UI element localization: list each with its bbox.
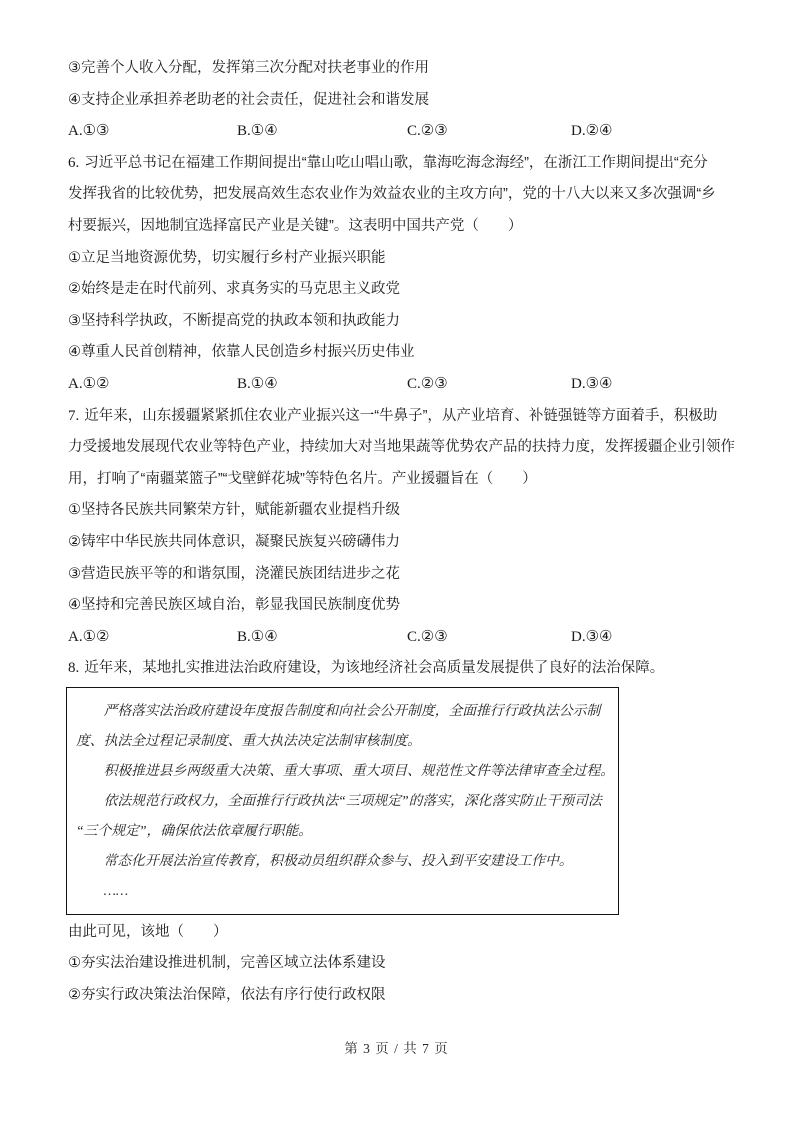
q6-stem-line-1: 6.习近平总书记在福建工作期间提出“靠山吃山唱山歌，靠海吃海念海经”，在浙江工作… — [68, 148, 748, 180]
q5-option-b: B.①④ — [237, 116, 278, 148]
page-footer: 第 3 页 / 共 7 页 — [0, 1037, 793, 1057]
q5-option-a: A.①③ — [68, 116, 109, 148]
q8-item-2: ②夯实行政决策法治保障，依法有序行使行政权限 — [68, 980, 748, 1012]
q8-item-1: ①夯实法治建设推进机制，完善区域立法体系建设 — [68, 948, 748, 980]
q7-item-3: ③营造民族平等的和谐氛围，浇灌民族团结进步之花 — [68, 559, 748, 591]
q5-option-d: D.②④ — [571, 116, 612, 148]
q7-options-row: A.①② B.①④ C.②③ D.③④ — [68, 622, 748, 654]
q7-stem-line-2: 力受援地发展现代农业等特色产业，持续加大对当地果蔬等优势农产品的扶持力度，发挥援… — [68, 432, 748, 464]
q7-item-1: ①坚持各民族共同繁荣方针，赋能新疆农业提档升级 — [68, 495, 748, 527]
exam-page: ③完善个人收入分配，发挥第三次分配对扶老事业的作用 ④支持企业承担养老助老的社会… — [0, 0, 793, 1122]
q8-box-line-4: 依法规范行政权力，全面推行行政执法“三项规定”的落实，深化落实防止干预司法 — [76, 786, 610, 816]
q7-item-2: ②铸牢中华民族共同体意识，凝聚民族复兴磅礴伟力 — [68, 527, 748, 559]
q7-option-b: B.①④ — [237, 622, 278, 654]
q6-item-2: ②始终是走在时代前列、求真务实的马克思主义政党 — [68, 274, 748, 306]
q6-option-a: A.①② — [68, 369, 109, 401]
q7-number: 7. — [68, 408, 79, 424]
q8-box-line-3: 积极推进县乡两级重大决策、重大事项、重大项目、规范性文件等法律审查全过程。 — [76, 756, 610, 786]
q8-stem-text: 近年来，某地扎实推进法治政府建设，为该地经济社会高质量发展提供了良好的法治保障。 — [84, 660, 664, 676]
q6-stem-text-1: 习近平总书记在福建工作期间提出“靠山吃山唱山歌，靠海吃海念海经”，在浙江工作期间… — [84, 155, 707, 171]
q7-option-c: C.②③ — [407, 622, 448, 654]
q7-option-a: A.①② — [68, 622, 109, 654]
exam-content: ③完善个人收入分配，发挥第三次分配对扶老事业的作用 ④支持企业承担养老助老的社会… — [68, 53, 748, 1012]
q8-box-line-5: “三个规定”，确保依法依章履行职能。 — [76, 816, 610, 846]
q6-option-d: D.③④ — [571, 369, 612, 401]
q8-followup: 由此可见，该地（ ） — [68, 917, 748, 949]
q7-stem-line-3: 用，打响了“南疆菜篮子”“戈壁鲜花城”等特色名片。产业援疆旨在（ ） — [68, 464, 748, 496]
q7-item-4: ④坚持和完善民族区域自治，彰显我国民族制度优势 — [68, 590, 748, 622]
q6-stem-line-2: 发挥我省的比较优势，把发展高效生态农业作为效益农业的主攻方向”，党的十八大以来又… — [68, 179, 748, 211]
q6-options-row: A.①② B.①④ C.②③ D.③④ — [68, 369, 748, 401]
q8-box-line-2: 度、执法全过程记录制度、重大执法决定法制审核制度。 — [76, 726, 610, 756]
q6-item-1: ①立足当地资源优势，切实履行乡村产业振兴职能 — [68, 243, 748, 275]
q8-box-line-1: 严格落实法治政府建设年度报告制度和向社会公开制度，全面推行行政执法公示制 — [76, 696, 610, 726]
q7-stem-text-1: 近年来，山东援疆紧紧抓住农业产业振兴这一“牛鼻子”，从产业培育、补链强链等方面着… — [84, 408, 717, 424]
q6-option-c: C.②③ — [407, 369, 448, 401]
q5-item-3: ③完善个人收入分配，发挥第三次分配对扶老事业的作用 — [68, 53, 748, 85]
q8-stem-line: 8.近年来，某地扎实推进法治政府建设，为该地经济社会高质量发展提供了良好的法治保… — [68, 653, 748, 685]
q8-number: 8. — [68, 660, 79, 676]
q5-item-4: ④支持企业承担养老助老的社会责任，促进社会和谐发展 — [68, 85, 748, 117]
q8-material-box: 严格落实法治政府建设年度报告制度和向社会公开制度，全面推行行政执法公示制 度、执… — [66, 687, 619, 915]
q5-options-row: A.①③ B.①④ C.②③ D.②④ — [68, 116, 748, 148]
q7-stem-line-1: 7.近年来，山东援疆紧紧抓住农业产业振兴这一“牛鼻子”，从产业培育、补链强链等方… — [68, 401, 748, 433]
q6-number: 6. — [68, 155, 79, 171]
q8-box-line-6: 常态化开展法治宣传教育，积极动员组织群众参与、投入到平安建设工作中。 — [76, 846, 610, 876]
q6-item-4: ④尊重人民首创精神，依靠人民创造乡村振兴历史伟业 — [68, 337, 748, 369]
q6-option-b: B.①④ — [237, 369, 278, 401]
q7-option-d: D.③④ — [571, 622, 612, 654]
q5-option-c: C.②③ — [407, 116, 448, 148]
q6-stem-line-3: 村要振兴，因地制宜选择富民产业是关键”。这表明中国共产党（ ） — [68, 211, 748, 243]
q8-box-line-7: …… — [76, 876, 610, 906]
q6-item-3: ③坚持科学执政，不断提高党的执政本领和执政能力 — [68, 306, 748, 338]
